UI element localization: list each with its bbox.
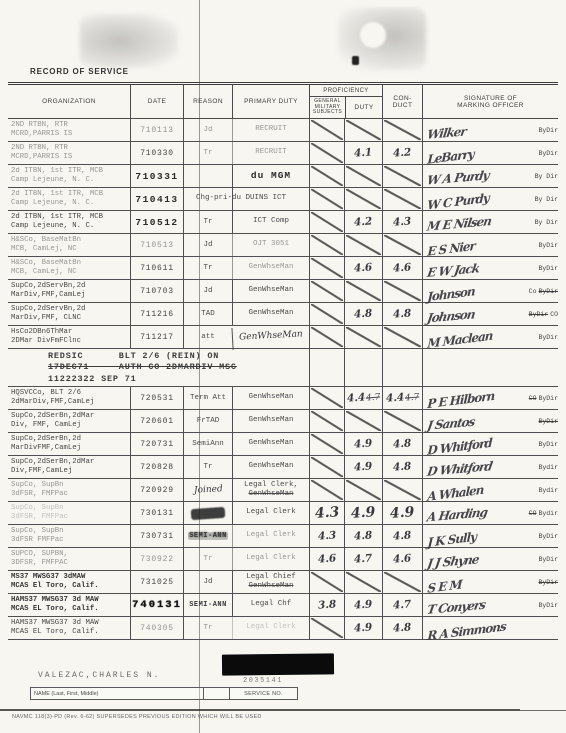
- table-row: SupCo,2dServBn,2dMarDiv,FMF, CLNC711216T…: [8, 303, 558, 326]
- duty-proficiency-cell: 4.9: [344, 617, 382, 639]
- score-value: 4.8: [393, 460, 412, 473]
- signature-cell: A WhalenBydir: [422, 479, 558, 501]
- date-value: 720731: [140, 440, 174, 449]
- organization-line: MCAS EL Toro, Calif.: [11, 628, 128, 637]
- score-value: 4.7: [354, 552, 373, 565]
- reason-value: Term Att: [190, 394, 226, 402]
- duty-proficiency-cell: 4.1: [344, 142, 382, 164]
- general-military-subjects-cell: [309, 433, 344, 455]
- primary-duty-value: Chg-pri-du DUINS ICT: [196, 194, 286, 203]
- organization-cell: SupCo,2dServBn,2dMarDiv,FMF, CLNC: [8, 303, 130, 325]
- conduct-cell: [382, 571, 422, 593]
- by-dir-label: CO: [529, 395, 537, 402]
- conduct-cell: 4.8: [382, 525, 422, 547]
- table-row: HAMS37 MWSG37 3d MAWMCAS EL Toro, Calif.…: [8, 594, 558, 617]
- organization-line: MCB, CamLej, NC: [11, 245, 128, 254]
- general-military-subjects-cell: [309, 617, 344, 639]
- remarks-text: REDSIC BLT 2/6 (REIN) ON17DEC71 AUTH CO …: [48, 351, 237, 385]
- score-value: 4.6: [393, 261, 412, 274]
- none-slash-mark: [311, 258, 343, 278]
- organization-line: SupCo,2dServBn,2d: [11, 305, 128, 314]
- date-value: 710413: [135, 194, 178, 205]
- record-of-service-table: ORGANIZATION DATE REASON PRIMARY DUTY PR…: [8, 82, 558, 640]
- remarks-line: 17DEC71 AUTH CO 2DMARDIV MSG: [48, 362, 237, 373]
- score-value: 4.8: [393, 529, 412, 542]
- conduct-cell: [382, 479, 422, 501]
- marking-officer-signature: P E Hilborn: [427, 385, 527, 411]
- organization-line: MarDiv,FMF, CLNC: [11, 314, 128, 323]
- none-slash-mark: [346, 120, 381, 140]
- reason-cell: Tr: [183, 548, 232, 570]
- general-military-subjects-cell: 4.3: [309, 502, 344, 524]
- organization-line: HsCo2DBn6ThMar: [11, 328, 128, 337]
- date-header: DATE: [130, 85, 183, 118]
- by-dir-label: ByDir: [538, 242, 558, 249]
- none-slash-mark: [346, 327, 381, 347]
- organization-line: MS37 MWSG37 3dMAW: [11, 573, 128, 582]
- reason-cell: Jd: [183, 234, 232, 256]
- score-value: 4.6: [354, 261, 373, 274]
- marking-officer-signature: Johnson: [427, 278, 527, 304]
- signature-cell: R A Simmons: [422, 617, 558, 639]
- by-dir-label: Co: [529, 288, 537, 295]
- footer-rule-extension: [520, 710, 566, 711]
- document-title: RECORD OF SERVICE: [30, 67, 129, 76]
- table-row: SupCo,2dSerBn,2dMarDiv, FMF, CamLej72060…: [8, 410, 558, 433]
- organization-line: MCAS El Toro, Calif.: [11, 582, 128, 591]
- duty-proficiency-cell: 4.9: [344, 502, 382, 524]
- none-slash-mark: [384, 327, 421, 347]
- organization-line: Div,FMF,CamLej: [11, 467, 128, 476]
- general-military-subjects-cell: [309, 119, 344, 141]
- primary-duty-value: Legal Clerk: [246, 623, 296, 632]
- score-value: 4.8: [393, 621, 412, 634]
- date-cell: 740305: [130, 617, 183, 639]
- table-body: 2ND RTBN, RTRMCRD,PARRIS IS710113JdRECRU…: [8, 119, 558, 640]
- date-value: 740131: [132, 599, 182, 611]
- primary-duty-cell: Legal ChiefGenWhseMan: [232, 571, 309, 593]
- organization-line: MCB, CamLej, NC: [11, 268, 128, 277]
- conduct-cell: 4.44.7: [382, 387, 422, 409]
- date-cell: 711216: [130, 303, 183, 325]
- primary-duty-cell: Legal Clerk: [232, 617, 309, 639]
- marking-officer-signature: Johnson: [426, 303, 528, 326]
- none-slash-mark: [311, 480, 343, 500]
- date-value: 711216: [140, 310, 174, 319]
- signature-cell: JohnsonByDirCO: [422, 303, 558, 325]
- by-dir-label: ByDir: [538, 533, 558, 540]
- form-number-footer: NAVMC 118(3)-PD (Rev. 6-62) SUPERSEDES P…: [12, 714, 262, 720]
- by-dir-label: ByDir: [538, 265, 558, 272]
- reason-cell: SemiAnn: [183, 433, 232, 455]
- organization-line: 2ND RTBN, RTR: [11, 144, 128, 153]
- corrected-score: 4.7: [405, 393, 420, 404]
- conduct-cell: 4.8: [382, 456, 422, 478]
- service-number-label: SERVICE NO.: [229, 688, 297, 699]
- reason-cell: att: [183, 326, 232, 348]
- reason-value: SEMI-ANN: [189, 601, 227, 609]
- duty-proficiency-cell: 4.2: [344, 211, 382, 233]
- conduct-cell: 4.3: [382, 211, 422, 233]
- duty-proficiency-cell: 4.9: [344, 456, 382, 478]
- organization-cell: 2ND RTBN, RTRMCRD,PARRIS IS: [8, 119, 130, 141]
- conduct-cell: [382, 119, 422, 141]
- by-dir-label: Bydir: [538, 487, 558, 494]
- primary-duty-cell: Legal Clerk: [232, 525, 309, 547]
- organization-cell: HsCo2DBn6ThMar2DMar DivFmFClnc: [8, 326, 130, 348]
- ink-mark: [352, 56, 359, 65]
- by-dir-label: ByDir: [529, 311, 549, 318]
- signature-cell: J K SullyByDir: [422, 525, 558, 547]
- organization-cell: SupCo, SupBn3dFSR, FMFPac: [8, 479, 130, 501]
- score-value: 4.3: [393, 215, 412, 228]
- marking-officer-signature: D Whitford: [427, 430, 536, 458]
- organization-line: 3dFSR, FMFPac: [11, 513, 128, 522]
- score-value: 4.6: [317, 552, 336, 565]
- signature-cell: LeBarryByDir: [422, 142, 558, 164]
- service-number-value: 2035141: [243, 677, 283, 685]
- date-cell: 720731: [130, 433, 183, 455]
- table-row: 2d ITBN, 1st ITR, MCBCamp Lejeune, N. C.…: [8, 211, 558, 234]
- signature-cell: E W JackByDir: [422, 257, 558, 279]
- general-military-subjects-cell: [309, 211, 344, 233]
- duty-proficiency-cell: 4.9: [344, 594, 382, 616]
- organization-cell: SupCo, SupBn3dFSR, FMFPac: [8, 502, 130, 524]
- general-military-subjects-cell: [309, 479, 344, 501]
- none-slash-mark: [311, 572, 343, 592]
- reason-value: Tr: [203, 264, 212, 272]
- primary-duty-value: GenWhseMan: [248, 286, 293, 295]
- primary-duty-value: GenWhseMan: [248, 416, 293, 425]
- score-value: 4.9: [354, 598, 373, 611]
- reason-value: Joined: [193, 484, 222, 495]
- score-value: 4.9: [351, 504, 376, 522]
- duty-proficiency-cell: [344, 410, 382, 432]
- general-military-subjects-header: GENERAL MILITARY SUBJECTS: [310, 97, 346, 118]
- primary-duty-value: GenWhseMan: [248, 263, 293, 272]
- date-cell: 731025: [130, 571, 183, 593]
- date-value: 710512: [135, 217, 178, 228]
- primary-duty-cell: GenWhseMan: [232, 433, 309, 455]
- none-slash-mark: [311, 388, 343, 408]
- table-row: SUPCO, SUPBN,3DFSR, FMFPAC730922TrLegal …: [8, 548, 558, 571]
- signature-cell: E S NierByDir: [422, 234, 558, 256]
- organization-cell: 2d ITBN, 1st ITR, MCBCamp Lejeune, N. C.: [8, 211, 130, 233]
- by-dir-label: ByDir: [538, 579, 558, 586]
- reason-value: Jd: [203, 241, 212, 249]
- organization-line: MCRD,PARRIS IS: [11, 130, 128, 139]
- reason-value: FrTAD: [197, 417, 220, 425]
- organization-cell: SupCo,2dSerBn,2dMarDiv, FMF, CamLej: [8, 410, 130, 432]
- date-value: 740305: [140, 624, 174, 633]
- primary-duty-value: GenWhseMan: [248, 393, 293, 402]
- table-header-row: ORGANIZATION DATE REASON PRIMARY DUTY PR…: [8, 85, 558, 119]
- by-dir-label: By Dir: [535, 196, 558, 203]
- organization-line: MarDiv,FMF,CamLej: [11, 291, 128, 300]
- marking-officer-signature: J Santos: [426, 409, 537, 433]
- name-value: VALEZAC,CHARLES N.: [38, 671, 160, 680]
- by-dir-label: CO: [550, 311, 558, 318]
- duty-proficiency-cell: [344, 188, 382, 210]
- marking-officer-signature: E S Nier: [427, 231, 536, 259]
- none-slash-mark: [311, 281, 343, 301]
- by-dir-label: ByDir: [538, 288, 558, 295]
- reason-value: Jd: [203, 287, 212, 295]
- by-dir-label: ByDir: [538, 602, 558, 609]
- empty-cell: [344, 349, 382, 386]
- primary-duty-cell: GenWhseMan: [232, 410, 309, 432]
- name-service-label-strip: NAME (Last, First, Middle) SERVICE NO.: [30, 687, 298, 700]
- scanned-record-of-service-page: RECORD OF SERVICE ORGANIZATION DATE REAS…: [0, 0, 566, 733]
- signature-cell: D WhitfordBydir: [422, 456, 558, 478]
- marking-officer-signature: S E M: [427, 568, 536, 596]
- reason-cell: SEMI-ANN: [183, 594, 232, 616]
- date-value: 710113: [140, 126, 174, 135]
- reason-cell: Jd: [183, 280, 232, 302]
- marking-officer-signature: R A Simmons: [427, 613, 558, 643]
- reason-cell: Tr: [183, 617, 232, 639]
- date-cell: 720531: [130, 387, 183, 409]
- by-dir-label: ByDir: [538, 395, 558, 402]
- general-military-subjects-cell: [309, 326, 344, 348]
- none-slash-mark: [384, 411, 421, 431]
- table-row: SupCo,2dServBn,2dMarDiv,FMF,CamLej710703…: [8, 280, 558, 303]
- score-value: 4.3: [314, 504, 339, 522]
- organization-cell: MS37 MWSG37 3dMAWMCAS El Toro, Calif.: [8, 571, 130, 593]
- date-cell: 720929: [130, 479, 183, 501]
- by-dir-label: By Dir: [535, 219, 558, 226]
- by-dir-label: ByDir: [538, 127, 558, 134]
- table-row: MS37 MWSG37 3dMAWMCAS El Toro, Calif.731…: [8, 571, 558, 594]
- primary-duty-value: GenWhseMan: [248, 309, 293, 318]
- reason-cell: Jd: [183, 119, 232, 141]
- none-slash-mark: [346, 480, 381, 500]
- remarks-line: REDSIC BLT 2/6 (REIN) ON: [48, 351, 237, 362]
- organization-line: 2d ITBN, 1st ITR, MCB: [11, 167, 128, 176]
- scan-smudge-left: [80, 14, 178, 68]
- none-slash-mark: [311, 618, 343, 638]
- none-slash-mark: [311, 166, 343, 186]
- score-value: 4.2: [393, 146, 412, 159]
- organization-cell: SupCo,2dSerBn,2dMarDivFMF,CamLej: [8, 433, 130, 455]
- conduct-cell: 4.7: [382, 594, 422, 616]
- conduct-cell: 4.8: [382, 433, 422, 455]
- none-slash-mark: [311, 120, 343, 140]
- primary-duty-value: du MGM: [251, 170, 291, 182]
- conduct-cell: 4.8: [382, 617, 422, 639]
- marking-officer-signature: A Whalen: [427, 476, 536, 504]
- organization-line: SupCo,2dSerBn,2dMar: [11, 412, 128, 421]
- conduct-cell: [382, 165, 422, 187]
- by-dir-label: ByDir: [538, 150, 558, 157]
- organization-line: Camp Lejeune, N. C.: [11, 199, 128, 208]
- score-value: 4.8: [393, 307, 412, 320]
- reason-cell: SEMI-ANN: [183, 525, 232, 547]
- organization-line: HAMS37 MWSG37 3d MAW: [11, 619, 128, 628]
- general-military-subjects-cell: [309, 303, 344, 325]
- table-row: SupCo, SupBn3dFSR, FMFPac730131Legal Cle…: [8, 502, 558, 525]
- remarks-line: 11222322 SEP 71: [48, 374, 237, 385]
- duty-proficiency-cell: 4.8: [344, 525, 382, 547]
- label-strip-gap: [203, 688, 229, 699]
- reason-cell: [183, 165, 232, 187]
- conduct-cell: [382, 188, 422, 210]
- duty-proficiency-cell: 4.6: [344, 257, 382, 279]
- conduct-cell: 4.9: [382, 502, 422, 524]
- reason-value: TAD: [201, 310, 215, 318]
- organization-line: SupCo, SupBn: [11, 481, 128, 490]
- signature-cell: J SantosByDir: [422, 410, 558, 432]
- primary-duty-value: RECRUIT: [255, 148, 287, 157]
- marking-officer-signature: E W Jack: [426, 256, 537, 280]
- conduct-cell: [382, 234, 422, 256]
- table-row: SupCo,2dSerBn,2dMarDiv,FMF,CamLej720828T…: [8, 456, 558, 479]
- date-cell: 720828: [130, 456, 183, 478]
- none-slash-mark: [384, 281, 421, 301]
- date-cell: 710513: [130, 234, 183, 256]
- organization-cell: H&SCo, BaseMatBnMCB, CamLej, NC: [8, 234, 130, 256]
- conduct-cell: 4.8: [382, 303, 422, 325]
- signature-cell: M MacleanByDir: [422, 326, 558, 348]
- organization-cell: HQSVCCo, BLT 2/62dMarDiv,FMF,CamLej: [8, 387, 130, 409]
- score-value: 3.8: [317, 598, 336, 611]
- none-slash-mark: [346, 281, 381, 301]
- signature-cell: JohnsonCoByDir: [422, 280, 558, 302]
- date-cell: 710330: [130, 142, 183, 164]
- duty-proficiency-cell: 4.8: [344, 303, 382, 325]
- by-dir-label: CO: [529, 510, 537, 517]
- table-row: SupCo, SupBn3dFSR FMFPac730731SEMI-ANNLe…: [8, 525, 558, 548]
- organization-cell: HAMS37 MWSG37 3d MAWMCAS EL Toro, Calif.: [8, 617, 130, 639]
- reason-value: Tr: [203, 149, 212, 157]
- score-value: 4.4: [385, 391, 404, 404]
- organization-line: 2d ITBN, 1st ITR, MCB: [11, 190, 128, 199]
- organization-cell: SupCo,2dSerBn,2dMarDiv,FMF,CamLej: [8, 456, 130, 478]
- date-cell: 730731: [130, 525, 183, 547]
- reason-cell: Jd: [183, 571, 232, 593]
- score-value: 4.2: [354, 215, 373, 228]
- marking-officer-signature: W C Purdy: [427, 185, 533, 212]
- general-military-subjects-cell: [309, 165, 344, 187]
- reason-value: Jd: [203, 126, 212, 134]
- primary-duty-value: Legal Clerk: [246, 508, 296, 517]
- conduct-cell: [382, 326, 422, 348]
- primary-duty-cell: GenWhseMan: [232, 280, 309, 302]
- organization-line: 2d ITBN, 1st ITR, MCB: [11, 213, 128, 222]
- reason-value: Tr: [203, 624, 212, 632]
- score-value: 4.8: [393, 437, 412, 450]
- primary-duty-value: GenWhseMan: [248, 439, 293, 448]
- table-row: SupCo, SupBn3dFSR, FMFPac720929JoinedLeg…: [8, 479, 558, 502]
- duty-proficiency-cell: [344, 571, 382, 593]
- duty-proficiency-cell: [344, 234, 382, 256]
- organization-line: H&SCo, BaseMatBn: [11, 259, 128, 268]
- duty-proficiency-cell: [344, 119, 382, 141]
- primary-duty-value: Legal Clerk,: [244, 481, 298, 490]
- general-military-subjects-cell: [309, 387, 344, 409]
- none-slash-mark: [346, 411, 381, 431]
- score-value: 4.8: [354, 307, 373, 320]
- primary-duty-value: GenWhseMan: [239, 330, 303, 345]
- primary-duty-value: GenWhseMan: [248, 462, 293, 471]
- organization-line: SupCo,2dSerBn,2dMar: [11, 458, 128, 467]
- table-row: 2ND RTBN, RTRMCRD,PARRIS IS710113JdRECRU…: [8, 119, 558, 142]
- organization-line: 3dFSR, FMFPac: [11, 490, 128, 499]
- organization-line: 2dMarDiv,FMF,CamLej: [11, 398, 128, 407]
- organization-line: 2DMar DivFmFClnc: [11, 337, 128, 346]
- score-value: 4.6: [393, 552, 412, 565]
- table-row: 2ND RTBN, RTRMCRD,PARRIS IS710330TrRECRU…: [8, 142, 558, 165]
- organization-line: MCRD,PARRIS IS: [11, 153, 128, 162]
- primary-duty-cell: Chg-pri-du DUINS ICT: [232, 188, 309, 210]
- organization-line: SUPCO, SUPBN,: [11, 550, 128, 559]
- reason-value: Tr: [203, 218, 212, 226]
- duty-proficiency-cell: 4.7: [344, 548, 382, 570]
- primary-duty-value: Legal Clerk: [246, 554, 296, 563]
- reason-value: Jd: [203, 578, 212, 586]
- none-slash-mark: [346, 572, 381, 592]
- date-value: 720601: [140, 417, 174, 426]
- none-slash-mark: [311, 189, 343, 209]
- date-cell: 730922: [130, 548, 183, 570]
- primary-duty-value: Legal Clerk: [246, 531, 296, 540]
- duty-proficiency-cell: 4.44.7: [344, 387, 382, 409]
- score-value: 4.1: [354, 146, 373, 159]
- marking-officer-signature: M E Nilsen: [426, 210, 533, 233]
- date-cell: 720601: [130, 410, 183, 432]
- date-value: 730922: [140, 555, 174, 564]
- reason-cell: [183, 502, 232, 524]
- primary-duty-cell: GenWhseMan: [232, 303, 309, 325]
- date-value: 720531: [140, 394, 174, 403]
- none-slash-mark: [346, 189, 381, 209]
- score-value: 4.4: [346, 391, 365, 404]
- conduct-cell: 4.2: [382, 142, 422, 164]
- by-dir-label: ByDir: [538, 334, 558, 341]
- organization-cell: H&SCo, BaseMatBnMCB, CamLej, NC: [8, 257, 130, 279]
- general-military-subjects-cell: [309, 280, 344, 302]
- general-military-subjects-cell: 4.6: [309, 548, 344, 570]
- marking-officer-signature: M Maclean: [427, 323, 536, 351]
- primary-duty-cell: GenWhseMan: [232, 456, 309, 478]
- general-military-subjects-cell: [309, 410, 344, 432]
- primary-duty-cell: RECRUIT: [232, 142, 309, 164]
- date-value: 711217: [140, 333, 174, 342]
- marking-officer-signature: A Harding: [426, 502, 528, 525]
- general-military-subjects-cell: [309, 234, 344, 256]
- proficiency-header: PROFICIENCY: [310, 85, 382, 97]
- organization-line: 3dFSR FMFPac: [11, 536, 128, 545]
- general-military-subjects-cell: [309, 257, 344, 279]
- primary-duty-value: Legal Chief: [246, 573, 296, 582]
- primary-duty-cell: Legal Clerk: [232, 548, 309, 570]
- date-cell: 710703: [130, 280, 183, 302]
- marking-officer-signature: D Whitford: [426, 455, 537, 479]
- date-value: 710330: [140, 149, 174, 158]
- primary-duty-cell: GenWhseMan: [232, 387, 309, 409]
- empty-cell: [382, 349, 422, 386]
- reason-cell: Tr: [183, 142, 232, 164]
- general-military-subjects-cell: 3.8: [309, 594, 344, 616]
- signature-cell: S E MByDir: [422, 571, 558, 593]
- date-cell: 730131: [130, 502, 183, 524]
- date-value: 731025: [140, 578, 174, 587]
- general-military-subjects-cell: 4.3: [309, 525, 344, 547]
- reason-cell: FrTAD: [183, 410, 232, 432]
- footer-rule: [0, 709, 520, 711]
- name-label: NAME (Last, First, Middle): [31, 688, 203, 699]
- date-cell: 710611: [130, 257, 183, 279]
